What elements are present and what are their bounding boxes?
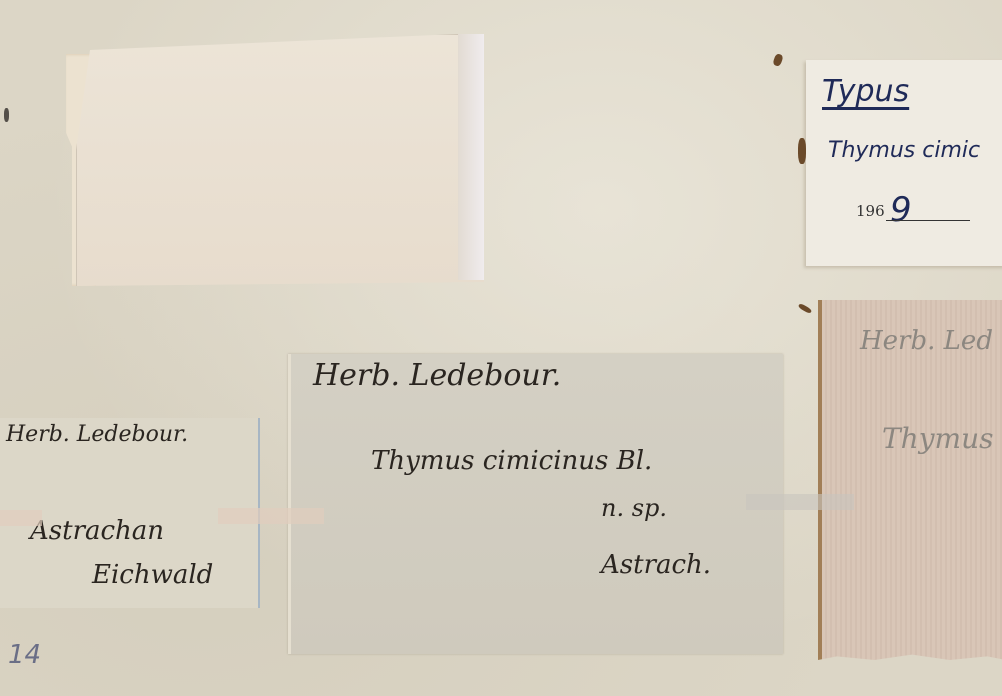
left-locality-line1: Astrachan xyxy=(30,516,164,546)
sheet-number: 14 xyxy=(8,640,41,670)
plant-fragment xyxy=(798,138,806,164)
typus-title: Typus xyxy=(822,74,909,109)
main-species-name: Thymus cimicinus Bl. xyxy=(371,446,652,476)
typus-label: Typus Thymus cimic 196 9 xyxy=(806,60,1002,266)
typus-species: Thymus cimic xyxy=(828,138,980,163)
pink-species-name: Thymus xyxy=(882,422,993,455)
plant-fragment xyxy=(772,53,784,67)
tape-strip xyxy=(746,494,854,510)
plant-fragment xyxy=(4,108,9,122)
pink-pencil-label: Herb. Led Thymus xyxy=(818,300,1002,660)
envelope-edge-flap xyxy=(458,34,484,280)
typus-year-digit: 9 xyxy=(890,190,912,230)
main-herbarium-name: Herb. Ledebour. xyxy=(313,358,561,393)
pink-herbarium-name: Herb. Led xyxy=(860,326,993,356)
tape-strip xyxy=(0,510,42,526)
left-locality-line2: Eichwald xyxy=(92,560,213,590)
main-note: n. sp. xyxy=(601,494,667,522)
year-underline xyxy=(886,220,970,221)
tape-strip xyxy=(218,508,324,524)
plant-fragment xyxy=(798,303,813,314)
main-locality: Astrach. xyxy=(601,550,711,580)
left-herbarium-name: Herb. Ledebour. xyxy=(6,422,188,447)
typus-year-prefix: 196 xyxy=(856,202,885,220)
main-ledebour-label: Herb. Ledebour. Thymus cimicinus Bl. n. … xyxy=(288,354,783,654)
specimen-envelope[interactable] xyxy=(76,34,486,288)
